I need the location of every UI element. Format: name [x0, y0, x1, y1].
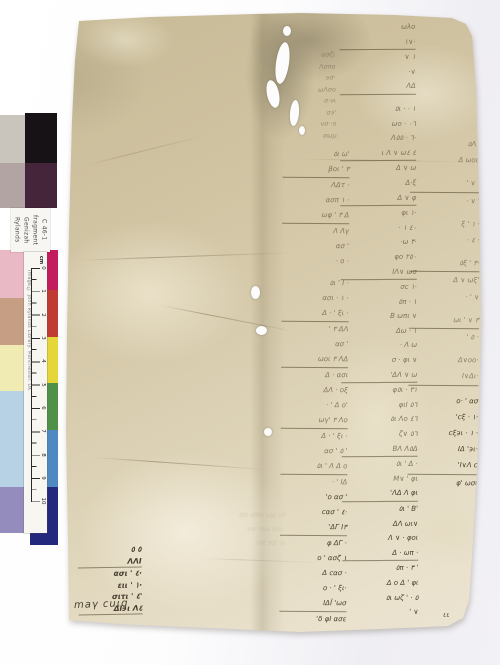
patch-red	[47, 290, 58, 337]
bottom-scrawl: maγ ϲuιq	[74, 598, 129, 611]
copyright-credit: Image © John Rylands Library. Manchester…	[24, 270, 31, 520]
fragment-label: Rylands Genizah fragment C 46-1	[11, 208, 50, 252]
patch-pink	[0, 250, 24, 298]
patch-lavender	[0, 487, 24, 533]
patch-green	[47, 383, 58, 430]
patch-cream	[0, 345, 24, 391]
text-column-middle: ωλο·∨١١ ∨∨·ΛΔ١ · · ٥ι٠٦ · ωο·٦ · Λ٥٥٤ ι …	[339, 20, 418, 620]
damage-hole	[299, 126, 305, 135]
damage-hole	[264, 428, 272, 436]
patch-maroon	[25, 163, 57, 208]
patch-black	[25, 113, 57, 163]
patch-tan	[0, 298, 24, 345]
cm-ruler: Image © John Rylands Library. Manchester…	[24, 252, 47, 533]
show-through-text: ασ σπο ωμ ισ·νσ 'σω νοισπ ϶σ ·ο	[150, 508, 285, 550]
patch-blue	[47, 430, 58, 487]
ruler-numbers: 012345678910	[39, 268, 47, 502]
color-calibration-bar: Rylands Genizah fragment C 46-1 Image © …	[0, 113, 62, 549]
text-column-left: 'ω ٥ι٣ ' βοι· ΛΔτ· ١ ασπΔ ٣ ' ωφΛ Λγ' ασ…	[279, 147, 349, 627]
manuscript-fragment: ασζιΛσπο·σ϶ωΛσοσ·νι'϶σνσ··οσωμ 'ω ٥ι٣ ' …	[0, 0, 500, 665]
patch-lightblue	[0, 391, 24, 487]
corner-mark: ٤٤	[443, 612, 449, 619]
damage-hole	[251, 286, 260, 299]
damage-hole	[256, 326, 267, 335]
photo-background: { "photo": { "credit": "Image © John Ryl…	[0, 0, 500, 665]
fragment-label-text: Rylands Genizah fragment C 46-1	[13, 215, 49, 245]
patch-gray	[0, 115, 25, 163]
patch-magenta	[47, 250, 58, 290]
damage-hole	[283, 26, 291, 36]
ruler-unit-label: cm	[38, 256, 44, 264]
text-column-right: ' ٥Λ·Δ ωοι· ∨ '' ∨ ·· ١ ' ξ· ٤ ··٣ ' ٥ξ'…	[407, 136, 480, 491]
patch-mauve	[0, 163, 25, 208]
manuscript-photo: ασζιΛσπο·σ϶ωΛσοσ·νι'϶σνσ··οσωμ 'ω ٥ι٣ ' …	[0, 0, 500, 665]
patch-yellow	[47, 337, 58, 383]
